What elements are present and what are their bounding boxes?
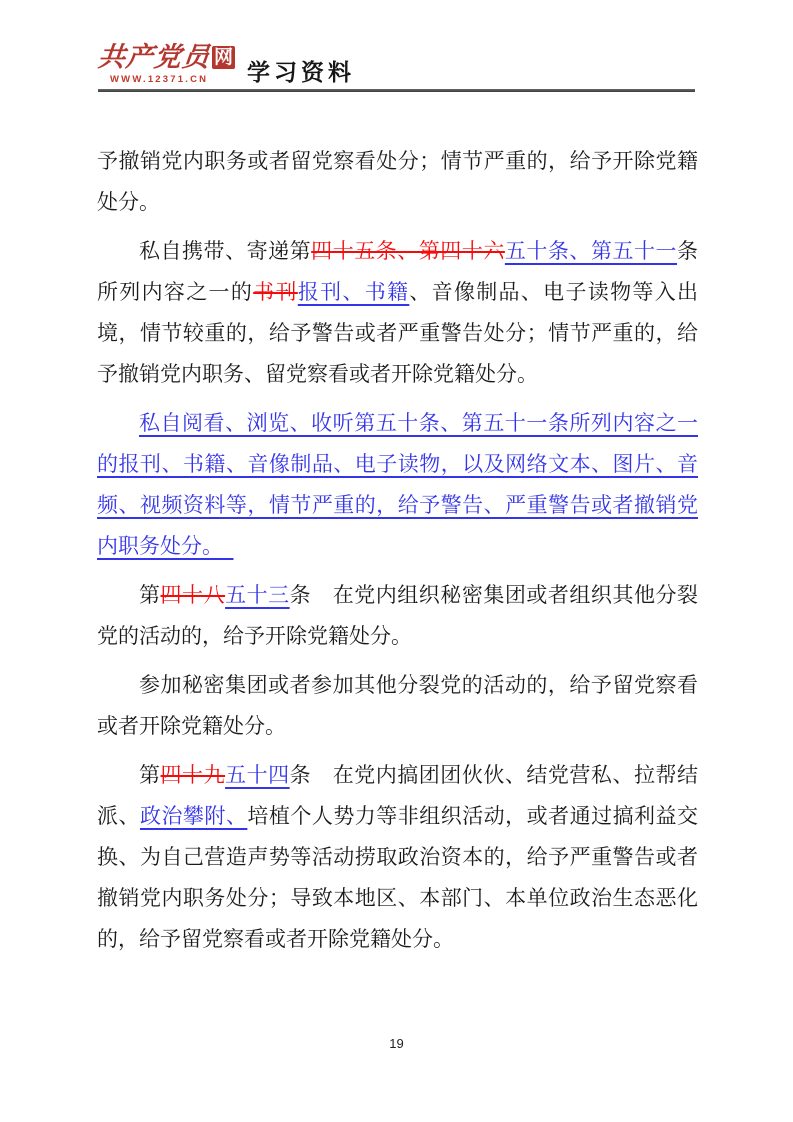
text-run-deleted: 书刊	[253, 280, 298, 304]
paragraph: 参加秘密集团或者参加其他分裂党的活动的，给予留党察看或者开除党籍处分。	[97, 665, 698, 747]
page-number: 19	[389, 1036, 403, 1051]
text-run-deleted: 四十九	[161, 763, 226, 787]
document-body: 予撤销党内职务或者留党察看处分；情节严重的，给予开除党籍处分。私自携带、寄递第四…	[97, 141, 698, 968]
text-run-inserted: 报刊、书籍	[298, 280, 410, 304]
logo-wordmark: 共产党员 网	[98, 44, 235, 71]
document-page: 共产党员 网 WWW.12371.CN 学习资料 予撤销党内职务或者留党察看处分…	[0, 0, 793, 1122]
text-run-normal: 私自携带、寄递第	[139, 239, 311, 263]
paragraph: 私自携带、寄递第四十五条、第四十六五十条、第五十一条所列内容之一的书刊报刊、书籍…	[97, 231, 698, 395]
paragraph: 私自阅看、浏览、收听第五十条、第五十一条所列内容之一的报刊、书籍、音像制品、电子…	[97, 403, 698, 567]
text-run-inserted: 私自阅看、浏览、收听第五十条、第五十一条所列内容之一的报刊、书籍、音像制品、电子…	[97, 411, 698, 558]
logo-website-url: WWW.12371.CN	[110, 74, 235, 85]
text-run-normal: 予撤销党内职务或者留党察看处分；情节严重的，给予开除党籍处分。	[97, 149, 698, 214]
text-run-normal: 第	[139, 763, 161, 787]
logo-calligraphy-text: 共产党员	[97, 44, 212, 71]
text-run-inserted: 五十条、第五十一	[505, 239, 677, 263]
header-doc-label: 学习资料	[247, 54, 355, 87]
text-run-inserted: 五十三	[225, 583, 290, 607]
paragraph: 予撤销党内职务或者留党察看处分；情节严重的，给予开除党籍处分。	[97, 141, 698, 223]
page-header: 共产党员 网 WWW.12371.CN 学习资料	[98, 44, 695, 87]
page-footer: 19	[0, 1036, 793, 1051]
paragraph: 第四十九五十四条 在党内搞团团伙伙、结党营私、拉帮结派、政治攀附、培植个人势力等…	[97, 755, 698, 960]
text-run-inserted: 五十四	[225, 763, 290, 787]
text-run-deleted: 四十八	[161, 583, 226, 607]
header-divider	[98, 89, 695, 92]
paragraph: 第四十八五十三条 在党内组织秘密集团或者组织其他分裂党的活动的，给予开除党籍处分…	[97, 575, 698, 657]
text-run-normal: 参加秘密集团或者参加其他分裂党的活动的，给予留党察看或者开除党籍处分。	[97, 673, 698, 738]
text-run-deleted: 四十五条、第四十六	[311, 239, 505, 263]
text-run-normal: 第	[139, 583, 161, 607]
site-logo: 共产党员 网 WWW.12371.CN	[98, 44, 235, 85]
text-run-inserted: 政治攀附、	[140, 804, 247, 828]
logo-net-badge: 网	[212, 46, 235, 69]
